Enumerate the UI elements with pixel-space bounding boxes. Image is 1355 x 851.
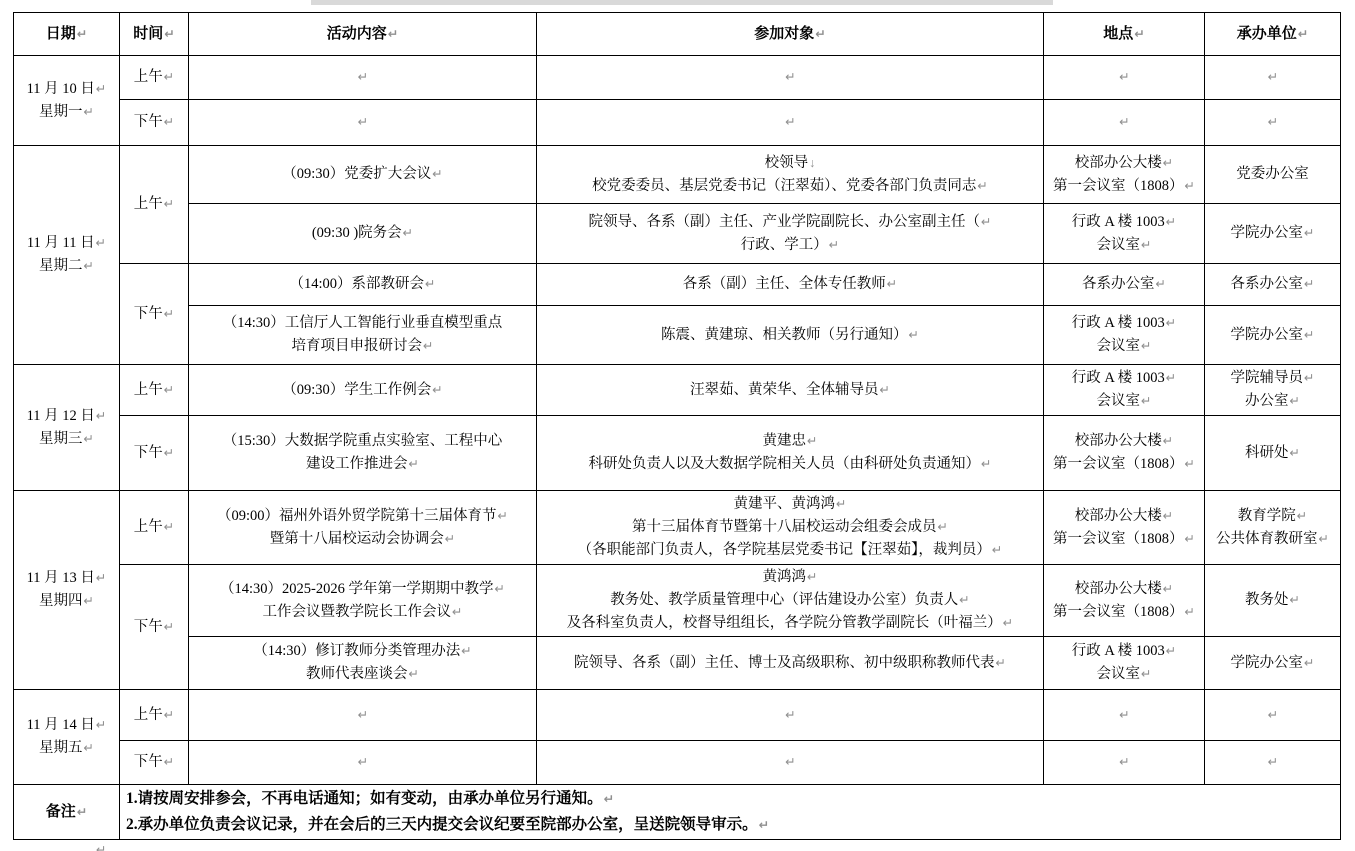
paragraph-mark: ↵ <box>163 70 174 84</box>
text-line: ↵ <box>1208 751 1337 774</box>
paragraph-mark: ↵ <box>603 792 614 806</box>
text-line: ↵ <box>1047 704 1201 727</box>
time-cell: 上午↵ <box>120 146 189 264</box>
text-line: 会议室↵ <box>1047 663 1201 686</box>
notes-label-cell: 备注↵ <box>14 785 120 840</box>
time-cell: 上午↵ <box>120 690 189 741</box>
paragraph-mark: ↵ <box>1267 755 1278 769</box>
paragraph-mark: ↵ <box>835 497 846 511</box>
organizer-cell: ↵ <box>1205 741 1341 785</box>
organizer-cell: 各系办公室↵ <box>1205 264 1341 306</box>
activity-cell: （14:30）工信厅人工智能行业垂直模型重点培育项目申报研讨会↵ <box>189 306 537 365</box>
text-line: 暨第十八届校运动会协调会↵ <box>192 528 533 551</box>
time-cell: 上午↵ <box>120 491 189 565</box>
paragraph-mark: ↵ <box>1118 755 1129 769</box>
text-line: 会议室↵ <box>1047 335 1201 358</box>
text-line: ↵ <box>540 111 1040 134</box>
paragraph-mark: ↵ <box>163 755 174 769</box>
text-line: 上午↵ <box>123 516 185 539</box>
time-cell: 下午↵ <box>120 741 189 785</box>
text-line: ↵ <box>192 111 533 134</box>
activity-cell: （14:30）2025-2026 学年第一学期期中教学↵工作会议暨教学院长工作会… <box>189 565 537 637</box>
activity-cell: （14:30）修订教师分类管理办法↵教师代表座谈会↵ <box>189 637 537 690</box>
text-line: （14:00）系部教研会↵ <box>192 273 533 296</box>
paragraph-mark: ↵ <box>1267 115 1278 129</box>
text-line: 建设工作推进会↵ <box>192 453 533 476</box>
paragraph-mark: ↵ <box>357 70 368 84</box>
activity-cell: ↵ <box>189 100 537 146</box>
paragraph-mark: ↵ <box>76 805 87 819</box>
text-line: ↵ <box>192 704 533 727</box>
paragraph-mark: ↵ <box>497 509 508 523</box>
paragraph-mark: ↵ <box>937 520 948 534</box>
paragraph-mark: ↵ <box>408 457 419 471</box>
text-line: ↵ <box>192 66 533 89</box>
date-cell-tue: 11 月 11 日↵星期二↵ <box>14 146 120 365</box>
text-line: ↵ <box>1047 66 1201 89</box>
text-line: 上午↵ <box>123 193 185 216</box>
paragraph-mark: ↵ <box>1303 656 1314 670</box>
schedule-row: 下午↵ （14:30）2025-2026 学年第一学期期中教学↵工作会议暨教学院… <box>14 565 1341 637</box>
text-line: 星期二↵ <box>17 255 116 278</box>
time-cell: 下午↵ <box>120 565 189 690</box>
paragraph-mark: ↵ <box>1165 215 1176 229</box>
paragraph-mark: ↵ <box>995 656 1006 670</box>
text-line: 下午↵ <box>123 303 185 326</box>
paragraph-mark: ↵ <box>95 842 1355 851</box>
paragraph-mark: ↵ <box>83 594 94 608</box>
paragraph-mark: ↵ <box>828 238 839 252</box>
paragraph-mark: ↵ <box>1140 667 1151 681</box>
text-line: ↵ <box>1208 111 1337 134</box>
text-line: （15:30）大数据学院重点实验室、工程中心 <box>192 430 533 453</box>
activity-cell: （09:30）党委扩大会议↵ <box>189 146 537 204</box>
location-cell: 各系办公室↵ <box>1044 264 1205 306</box>
participants-cell: 院领导、各系（副）主任、产业学院副院长、办公室副主任（↵行政、学工）↵ <box>537 204 1044 264</box>
participants-cell: ↵ <box>537 100 1044 146</box>
paragraph-mark: ↵ <box>1289 394 1300 408</box>
text-line: 上午↵ <box>123 66 185 89</box>
participants-cell: 校领导↓校党委委员、基层党委书记（汪翠茹）、党委各部门负责同志↵ <box>537 146 1044 204</box>
paragraph-mark: ↵ <box>95 571 106 585</box>
text-line: 11 月 14 日↵ <box>17 714 116 737</box>
paragraph-mark: ↵ <box>1267 708 1278 722</box>
notes-row: 备注↵ 1.请按周安排参会，不再电话通知；如有变动，由承办单位另行通知。↵2.承… <box>14 785 1341 840</box>
participants-cell: 院领导、各系（副）主任、博士及高级职称、初中级职称教师代表↵ <box>537 637 1044 690</box>
paragraph-mark: ↵ <box>1162 156 1173 170</box>
paragraph-mark: ↵ <box>1296 509 1307 523</box>
paragraph-mark: ↵ <box>1140 238 1151 252</box>
activity-cell: ↵ <box>189 56 537 100</box>
text-line: ↵ <box>1047 751 1201 774</box>
paragraph-mark: ↵ <box>408 667 419 681</box>
text-line: 地点↵ <box>1047 23 1201 46</box>
text-line: 11 月 11 日↵ <box>17 232 116 255</box>
text-line: 备注↵ <box>17 801 116 824</box>
paragraph-mark: ↵ <box>1162 434 1173 448</box>
text-line: 工作会议暨教学院长工作会议↵ <box>192 601 533 624</box>
paragraph-mark: ↵ <box>1184 605 1195 619</box>
paragraph-mark: ↵ <box>357 115 368 129</box>
paragraph-mark: ↵ <box>95 82 106 96</box>
participants-cell: 黄鸿鸿↵教务处、教学质量管理中心（评估建设办公室）负责人↵及各科室负责人，校督导… <box>537 565 1044 637</box>
location-cell: 行政 A 楼 1003↵会议室↵ <box>1044 306 1205 365</box>
participants-cell: ↵ <box>537 56 1044 100</box>
paragraph-mark: ↵ <box>784 755 795 769</box>
col-header-organizer: 承办单位↵ <box>1205 13 1341 56</box>
paragraph-mark: ↵ <box>1303 371 1314 385</box>
text-line: 院领导、各系（副）主任、博士及高级职称、初中级职称教师代表↵ <box>540 652 1040 675</box>
organizer-cell: 学院办公室↵ <box>1205 637 1341 690</box>
paragraph-mark: ↵ <box>1118 115 1129 129</box>
schedule-row: 11 月 13 日↵星期四↵ 上午↵ （09:00）福州外语外贸学院第十三届体育… <box>14 491 1341 565</box>
text-line: 第十三届体育节暨第十八届校运动会组委会成员↵ <box>540 516 1040 539</box>
text-line: 11 月 10 日↵ <box>17 78 116 101</box>
text-line: 11 月 13 日↵ <box>17 567 116 590</box>
paragraph-mark: ↵ <box>784 115 795 129</box>
text-line: 时间↵ <box>123 23 185 46</box>
participants-cell: 各系（副）主任、全体专任教师↵ <box>537 264 1044 306</box>
text-line: （14:30）修订教师分类管理办法↵ <box>192 640 533 663</box>
text-line: 日期↵ <box>17 23 116 46</box>
schedule-row: （14:30）修订教师分类管理办法↵教师代表座谈会↵ 院领导、各系（副）主任、博… <box>14 637 1341 690</box>
text-line: 下午↵ <box>123 442 185 465</box>
paragraph-mark: ↵ <box>95 236 106 250</box>
text-line: ↵ <box>1047 111 1201 134</box>
text-line: 星期三↵ <box>17 428 116 451</box>
paragraph-mark: ↵ <box>806 570 817 584</box>
location-cell: ↵ <box>1044 741 1205 785</box>
paragraph-mark: ↵ <box>95 409 106 423</box>
participants-cell: ↵ <box>537 690 1044 741</box>
text-line: （09:30）学生工作例会↵ <box>192 379 533 402</box>
paragraph-mark: ↵ <box>976 179 987 193</box>
text-line: （14:30）工信厅人工智能行业垂直模型重点 <box>192 312 533 335</box>
paragraph-mark: ↵ <box>163 383 174 397</box>
text-line: 第一会议室（1808）↵ <box>1047 175 1201 198</box>
paragraph-mark: ↵ <box>1184 457 1195 471</box>
organizer-cell: ↵ <box>1205 690 1341 741</box>
text-line: 行政 A 楼 1003↵ <box>1047 211 1201 234</box>
date-cell-thu: 11 月 13 日↵星期四↵ <box>14 491 120 690</box>
paragraph-mark: ↵ <box>83 432 94 446</box>
organizer-cell: ↵ <box>1205 100 1341 146</box>
organizer-cell: 科研处↵ <box>1205 416 1341 491</box>
time-cell: 上午↵ <box>120 56 189 100</box>
text-line: 1.请按周安排参会，不再电话通知；如有变动，由承办单位另行通知。↵ <box>126 786 1337 812</box>
participants-cell: ↵ <box>537 741 1044 785</box>
time-cell: 下午↵ <box>120 264 189 365</box>
text-line: ↵ <box>540 751 1040 774</box>
time-cell: 上午↵ <box>120 365 189 416</box>
col-header-location: 地点↵ <box>1044 13 1205 56</box>
paragraph-mark: ↵ <box>163 115 174 129</box>
paragraph-mark: ↵ <box>76 27 87 41</box>
organizer-cell: 学院办公室↵ <box>1205 306 1341 365</box>
paragraph-mark: ↵ <box>1118 70 1129 84</box>
paragraph-mark: ↵ <box>1140 394 1151 408</box>
text-line: (09:30 )院务会↵ <box>192 222 533 245</box>
location-cell: ↵ <box>1044 690 1205 741</box>
paragraph-mark: ↵ <box>451 605 462 619</box>
participants-cell: 陈震、黄建琼、相关教师（另行通知）↵ <box>537 306 1044 365</box>
text-line: 校部办公大楼↵ <box>1047 152 1201 175</box>
text-line: 星期一↵ <box>17 101 116 124</box>
text-line: 上午↵ <box>123 704 185 727</box>
text-line: 参加对象↵ <box>540 23 1040 46</box>
paragraph-mark: ↵ <box>387 27 398 41</box>
text-line: 行政、学工）↵ <box>540 234 1040 257</box>
text-line: 科研处↵ <box>1208 442 1337 465</box>
text-line: 校党委委员、基层党委书记（汪翠茹）、党委各部门负责同志↵ <box>540 175 1040 198</box>
time-cell: 下午↵ <box>120 100 189 146</box>
date-cell-wed: 11 月 12 日↵星期三↵ <box>14 365 120 491</box>
text-line: 星期五↵ <box>17 737 116 760</box>
paragraph-mark: ↵ <box>1303 226 1314 240</box>
time-cell: 下午↵ <box>120 416 189 491</box>
paragraph-mark: ↵ <box>1297 27 1308 41</box>
text-line: （09:00）福州外语外贸学院第十三届体育节↵ <box>192 505 533 528</box>
paragraph-mark: ↵ <box>1184 179 1195 193</box>
notes-cell: 1.请按周安排参会，不再电话通知；如有变动，由承办单位另行通知。↵2.承办单位负… <box>120 785 1341 840</box>
paragraph-mark: ↵ <box>1318 532 1329 546</box>
date-cell-fri: 11 月 14 日↵星期五↵ <box>14 690 120 785</box>
text-line: ↵ <box>540 704 1040 727</box>
text-line: 党委办公室 <box>1208 163 1337 186</box>
paragraph-mark: ↵ <box>784 708 795 722</box>
paragraph-mark: ↵ <box>958 593 969 607</box>
text-line: 学院办公室↵ <box>1208 222 1337 245</box>
schedule-row: 11 月 14 日↵星期五↵ 上午↵ ↵ ↵ ↵ ↵ <box>14 690 1341 741</box>
date-cell-mon: 11 月 10 日↵星期一↵ <box>14 56 120 146</box>
text-line: 学院辅导员↵ <box>1208 367 1337 390</box>
schedule-row: 下午↵ ↵ ↵ ↵ ↵ <box>14 741 1341 785</box>
text-line: 下午↵ <box>123 616 185 639</box>
paragraph-mark: ↵ <box>879 383 890 397</box>
paragraph-mark: ↵ <box>806 434 817 448</box>
text-line: 科研处负责人以及大数据学院相关人员（由科研处负责通知）↵ <box>540 453 1040 476</box>
text-line: （09:30）党委扩大会议↵ <box>192 163 533 186</box>
paragraph-mark: ↵ <box>83 259 94 273</box>
text-line: 及各科室负责人，校督导组组长，各学院分管教学副院长（叶福兰）↵ <box>540 612 1040 635</box>
paragraph-mark: ↵ <box>1184 532 1195 546</box>
location-cell: 校部办公大楼↵第一会议室（1808）↵ <box>1044 146 1205 204</box>
text-line: 教务处、教学质量管理中心（评估建设办公室）负责人↵ <box>540 589 1040 612</box>
text-line: 下午↵ <box>123 751 185 774</box>
text-line: 会议室↵ <box>1047 234 1201 257</box>
text-line: 承办单位↵ <box>1208 23 1337 46</box>
organizer-cell: 教育学院↵公共体育教研室↵ <box>1205 491 1341 565</box>
activity-cell: （15:30）大数据学院重点实验室、工程中心建设工作推进会↵ <box>189 416 537 491</box>
organizer-cell: ↵ <box>1205 56 1341 100</box>
activity-cell: （09:30）学生工作例会↵ <box>189 365 537 416</box>
text-line: 公共体育教研室↵ <box>1208 528 1337 551</box>
paragraph-mark: ↵ <box>431 383 442 397</box>
paragraph-mark: ↵ <box>1002 616 1013 630</box>
location-cell: ↵ <box>1044 100 1205 146</box>
location-cell: ↵ <box>1044 56 1205 100</box>
text-line: 校部办公大楼↵ <box>1047 505 1201 528</box>
schedule-row: (09:30 )院务会↵ 院领导、各系（副）主任、产业学院副院长、办公室副主任（… <box>14 204 1341 264</box>
paragraph-mark: ↵ <box>163 520 174 534</box>
paragraph-mark: ↵ <box>163 197 174 211</box>
text-line: 行政 A 楼 1003↵ <box>1047 312 1201 335</box>
participants-cell: 黄建忠↵科研处负责人以及大数据学院相关人员（由科研处负责通知）↵ <box>537 416 1044 491</box>
text-line: 黄鸿鸿↵ <box>540 566 1040 589</box>
schedule-row: 下午↵ （15:30）大数据学院重点实验室、工程中心建设工作推进会↵ 黄建忠↵科… <box>14 416 1341 491</box>
activity-cell: （14:00）系部教研会↵ <box>189 264 537 306</box>
paragraph-mark: ↵ <box>357 755 368 769</box>
location-cell: 行政 A 楼 1003↵会议室↵ <box>1044 637 1205 690</box>
paragraph-mark: ↵ <box>494 582 505 596</box>
text-line: 教育学院↵ <box>1208 505 1337 528</box>
paragraph-mark: ↵ <box>422 339 433 353</box>
paragraph-mark: ↵ <box>424 277 435 291</box>
participants-cell: 汪翠茹、黄荣华、全体辅导员↵ <box>537 365 1044 416</box>
paragraph-mark: ↵ <box>908 328 919 342</box>
paragraph-mark: ↵ <box>163 27 174 41</box>
text-line: 下午↵ <box>123 111 185 134</box>
text-line: （14:30）2025-2026 学年第一学期期中教学↵ <box>192 578 533 601</box>
text-line: 行政 A 楼 1003↵ <box>1047 640 1201 663</box>
paragraph-mark: ↵ <box>1133 27 1144 41</box>
text-line: 各系办公室↵ <box>1208 273 1337 296</box>
text-line: 黄建忠↵ <box>540 430 1040 453</box>
weekly-schedule-table: 日期↵ 时间↵ 活动内容↵ 参加对象↵ 地点↵ 承办单位↵ 11 月 10 日↵… <box>13 12 1341 840</box>
text-line: ↵ <box>1208 704 1337 727</box>
location-cell: 校部办公大楼↵第一会议室（1808）↵ <box>1044 491 1205 565</box>
text-line: 陈震、黄建琼、相关教师（另行通知）↵ <box>540 324 1040 347</box>
paragraph-mark: ↵ <box>1289 446 1300 460</box>
schedule-row: 11 月 10 日↵星期一↵ 上午↵ ↵ ↵ ↵ ↵ <box>14 56 1341 100</box>
text-line: 第一会议室（1808）↵ <box>1047 453 1201 476</box>
participants-cell: 黄建平、黄鸿鸿↵第十三届体育节暨第十八届校运动会组委会成员↵（各职能部门负责人，… <box>537 491 1044 565</box>
paragraph-mark: ↵ <box>980 457 991 471</box>
paragraph-mark: ↵ <box>814 27 825 41</box>
text-line: 会议室↵ <box>1047 390 1201 413</box>
paragraph-mark: ↵ <box>1165 316 1176 330</box>
header-row: 日期↵ 时间↵ 活动内容↵ 参加对象↵ 地点↵ 承办单位↵ <box>14 13 1341 56</box>
text-line: 校领导↓ <box>540 152 1040 175</box>
text-line: 2.承办单位负责会议记录，并在会后的三天内提交会议纪要至院部办公室，呈送院领导审… <box>126 812 1337 838</box>
paragraph-mark: ↵ <box>1165 644 1176 658</box>
text-line: 教师代表座谈会↵ <box>192 663 533 686</box>
col-header-time: 时间↵ <box>120 13 189 56</box>
paragraph-mark: ↵ <box>460 644 471 658</box>
location-cell: 校部办公大楼↵第一会议室（1808）↵ <box>1044 565 1205 637</box>
activity-cell: ↵ <box>189 741 537 785</box>
ruler-remnant-bar <box>311 0 1053 5</box>
location-cell: 行政 A 楼 1003↵会议室↵ <box>1044 204 1205 264</box>
organizer-cell: 学院办公室↵ <box>1205 204 1341 264</box>
paragraph-mark: ↵ <box>1118 708 1129 722</box>
paragraph-mark: ↵ <box>1162 509 1173 523</box>
text-line: 校部办公大楼↵ <box>1047 578 1201 601</box>
paragraph-mark: ↵ <box>83 105 94 119</box>
text-line: 学院办公室↵ <box>1208 652 1337 675</box>
text-line: 第一会议室（1808）↵ <box>1047 601 1201 624</box>
schedule-row: （14:30）工信厅人工智能行业垂直模型重点培育项目申报研讨会↵ 陈震、黄建琼、… <box>14 306 1341 365</box>
paragraph-mark: ↵ <box>1140 339 1151 353</box>
location-cell: 行政 A 楼 1003↵会议室↵ <box>1044 365 1205 416</box>
paragraph-mark: ↵ <box>980 215 991 229</box>
schedule-row: 11 月 12 日↵星期三↵ 上午↵ （09:30）学生工作例会↵ 汪翠茹、黄荣… <box>14 365 1341 416</box>
text-line: 汪翠茹、黄荣华、全体辅导员↵ <box>540 379 1040 402</box>
paragraph-mark: ↵ <box>886 277 897 291</box>
text-line: 第一会议室（1808）↵ <box>1047 528 1201 551</box>
organizer-cell: 学院辅导员↵办公室↵ <box>1205 365 1341 416</box>
text-line: 黄建平、黄鸿鸿↵ <box>540 493 1040 516</box>
paragraph-mark: ↵ <box>163 620 174 634</box>
paragraph-mark: ↵ <box>1303 328 1314 342</box>
paragraph-mark: ↵ <box>1165 371 1176 385</box>
schedule-row: 11 月 11 日↵星期二↵ 上午↵ （09:30）党委扩大会议↵ 校领导↓校党… <box>14 146 1341 204</box>
paragraph-mark: ↓ <box>808 156 815 170</box>
schedule-row: 下午↵ （14:00）系部教研会↵ 各系（副）主任、全体专任教师↵ 各系办公室↵… <box>14 264 1341 306</box>
paragraph-mark: ↵ <box>402 226 413 240</box>
text-line: 校部办公大楼↵ <box>1047 430 1201 453</box>
paragraph-mark: ↵ <box>1162 582 1173 596</box>
text-line: 11 月 12 日↵ <box>17 405 116 428</box>
col-header-activity: 活动内容↵ <box>189 13 537 56</box>
paragraph-mark: ↵ <box>95 718 106 732</box>
paragraph-mark: ↵ <box>357 708 368 722</box>
text-line: 行政 A 楼 1003↵ <box>1047 367 1201 390</box>
text-line: 培育项目申报研讨会↵ <box>192 335 533 358</box>
schedule-row: 下午↵ ↵ ↵ ↵ ↵ <box>14 100 1341 146</box>
paragraph-mark: ↵ <box>163 446 174 460</box>
text-line: 教务处↵ <box>1208 589 1337 612</box>
activity-cell: ↵ <box>189 690 537 741</box>
location-cell: 校部办公大楼↵第一会议室（1808）↵ <box>1044 416 1205 491</box>
organizer-cell: 教务处↵ <box>1205 565 1341 637</box>
paragraph-mark: ↵ <box>163 708 174 722</box>
text-line: ↵ <box>540 66 1040 89</box>
paragraph-mark: ↵ <box>758 818 769 832</box>
text-line: 上午↵ <box>123 379 185 402</box>
text-line: 各系办公室↵ <box>1047 273 1201 296</box>
paragraph-mark: ↵ <box>1267 70 1278 84</box>
paragraph-mark: ↵ <box>1155 277 1166 291</box>
paragraph-mark: ↵ <box>431 167 442 181</box>
text-line: 各系（副）主任、全体专任教师↵ <box>540 273 1040 296</box>
paragraph-mark: ↵ <box>1289 593 1300 607</box>
paragraph-mark: ↵ <box>991 543 1002 557</box>
text-line: 活动内容↵ <box>192 23 533 46</box>
text-line: ↵ <box>192 751 533 774</box>
paragraph-mark: ↵ <box>1303 277 1314 291</box>
activity-cell: (09:30 )院务会↵ <box>189 204 537 264</box>
text-line: 办公室↵ <box>1208 390 1337 413</box>
paragraph-mark: ↵ <box>444 532 455 546</box>
col-header-participants: 参加对象↵ <box>537 13 1044 56</box>
paragraph-mark: ↵ <box>784 70 795 84</box>
text-line: （各职能部门负责人，各学院基层党委书记【汪翠茹】，裁判员）↵ <box>540 539 1040 562</box>
col-header-date: 日期↵ <box>14 13 120 56</box>
text-line: 星期四↵ <box>17 590 116 613</box>
paragraph-mark: ↵ <box>83 741 94 755</box>
paragraph-mark: ↵ <box>163 307 174 321</box>
activity-cell: （09:00）福州外语外贸学院第十三届体育节↵暨第十八届校运动会协调会↵ <box>189 491 537 565</box>
organizer-cell: 党委办公室 <box>1205 146 1341 204</box>
text-line: 院领导、各系（副）主任、产业学院副院长、办公室副主任（↵ <box>540 211 1040 234</box>
text-line: 学院办公室↵ <box>1208 324 1337 347</box>
text-line: ↵ <box>1208 66 1337 89</box>
